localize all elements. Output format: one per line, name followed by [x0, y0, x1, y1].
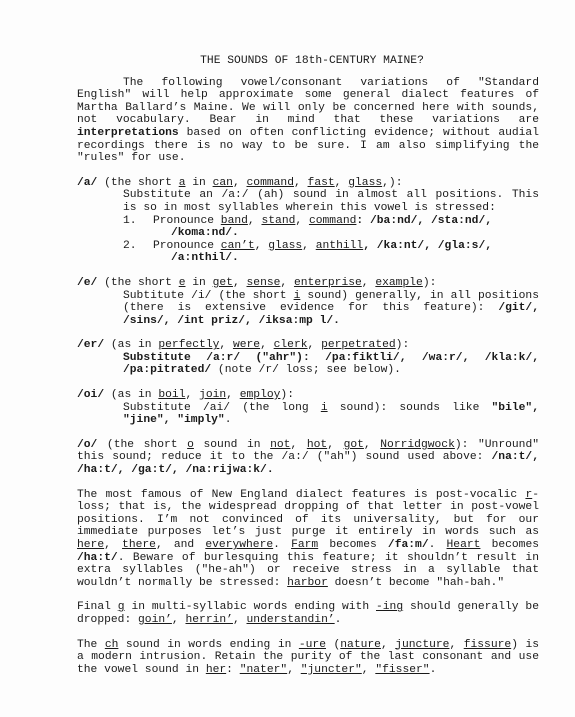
text: (the short [97, 277, 178, 289]
text: (as in [104, 339, 158, 351]
section-er-body: Substitute /a:r/ ("ahr"): /pa:fiktli/, /… [77, 352, 539, 377]
text: (the short [97, 177, 178, 189]
section-oi-heading: /oi/ (as in boil, join, employ): [77, 389, 539, 402]
section-e-body: Subtitute /i/ (the short i sound) genera… [77, 290, 539, 328]
page-title: THE SOUNDS OF 18th-CENTURY MAINE? [77, 55, 539, 68]
text: . [429, 539, 447, 551]
text: . [273, 539, 291, 551]
transcription: /ha:t/ [77, 552, 118, 564]
example-word: stand [261, 215, 295, 227]
example-word: fissure [464, 639, 511, 651]
list-text: Pronounce can’t, glass, anthill, /ka:nt/… [153, 240, 539, 253]
text: sound in words ending in [118, 639, 298, 651]
section-oi-body: Substitute /ai/ (the long i sound): soun… [77, 402, 539, 427]
text: Final [77, 601, 118, 613]
text: in multi-syllabic words ending with [125, 601, 376, 613]
example-word: goin’ [138, 614, 172, 626]
intro-paragraph: The following vowel/consonant variations… [77, 77, 539, 165]
example-word: band [221, 215, 248, 227]
example-word: there [122, 539, 156, 551]
document-page: THE SOUNDS OF 18th-CENTURY MAINE? The fo… [77, 55, 539, 688]
text: ( [326, 639, 340, 651]
list-number: 1. [123, 215, 153, 228]
section-a: /a/ (the short a in can, command, fast, … [77, 177, 539, 265]
example-word: were [233, 339, 260, 351]
example-word: understandin’ [247, 614, 335, 626]
example-word: hot [307, 439, 327, 451]
example-word: Norridgwock [380, 439, 455, 451]
phoneme-label: /e/ [77, 277, 97, 289]
text: ,): [382, 177, 402, 189]
text: , and [156, 539, 205, 551]
rloss-paragraph: The most famous of New England dialect f… [77, 489, 539, 590]
section-er-heading: /er/ (as in perfectly, were, clerk, perp… [77, 339, 539, 352]
letter: i [321, 402, 328, 414]
result-word: "fisser" [375, 664, 429, 676]
transcription: : /ba:nd/, /sta:nd/, [356, 215, 492, 227]
example-word: get [213, 277, 233, 289]
text: Pronounce [153, 215, 221, 227]
text: . [430, 664, 437, 676]
list-item: 1.Pronounce band, stand, command: /ba:nd… [77, 215, 539, 228]
section-e: /e/ (the short e in get, sense, enterpri… [77, 277, 539, 327]
text: in [185, 177, 212, 189]
text: (as in [104, 389, 158, 401]
text: becomes [318, 539, 388, 551]
transcription: , /ka:nt/, /gla:s/, [363, 240, 492, 252]
example-word: here [77, 539, 104, 551]
example-word: command [309, 215, 356, 227]
text: The [77, 639, 105, 651]
text: Pronounce [153, 240, 221, 252]
text: Substitute /ai/ (the long [123, 402, 321, 414]
text: in [185, 277, 212, 289]
list-continuation: /a:nthil/. [77, 252, 539, 265]
section-o-text: /o/ (the short o sound in not, hot, got,… [77, 439, 539, 477]
transcription: /a:nthil/. [171, 252, 239, 264]
list-continuation: /koma:nd/. [77, 227, 539, 240]
list-item: 2.Pronounce can’t, glass, anthill, /ka:n… [77, 240, 539, 253]
text: , [104, 539, 122, 551]
section-er: /er/ (as in perfectly, were, clerk, perp… [77, 339, 539, 377]
example-word: got [344, 439, 364, 451]
text: ): [396, 339, 410, 351]
example-word: example [375, 277, 422, 289]
section-oi: /oi/ (as in boil, join, employ): Substit… [77, 389, 539, 427]
text: sound): sounds like [328, 402, 492, 414]
intro-text: The following vowel/consonant variations… [77, 77, 539, 127]
section-e-heading: /e/ (the short e in get, sense, enterpri… [77, 277, 539, 290]
list-number: 2. [123, 240, 153, 253]
text: The most famous of New England dialect f… [77, 489, 525, 501]
letter: o [187, 439, 194, 451]
example-word: clerk [274, 339, 308, 351]
result-word: "juncter" [301, 664, 362, 676]
intro-bold-term: interpretations [77, 127, 179, 139]
text: ): [280, 389, 294, 401]
phoneme-label: /er/ [77, 339, 104, 351]
example-word: sense [247, 277, 281, 289]
text: (note /r/ loss; see below). [211, 364, 401, 376]
text: doesn’t become "hah-bah." [328, 577, 504, 589]
text: . [225, 414, 232, 426]
example-word: Farm [291, 539, 318, 551]
example-word: juncture [395, 639, 449, 651]
text: becomes [480, 539, 539, 551]
example-word: fast [308, 177, 335, 189]
ure-paragraph: The ch sound in words ending in -ure (na… [77, 639, 539, 677]
example-word: boil [158, 389, 185, 401]
example-word: glass [268, 240, 302, 252]
example-word: join [199, 389, 226, 401]
text: . [335, 614, 342, 626]
letter: ch [105, 639, 119, 651]
example-word: glass [348, 177, 382, 189]
transcription: /koma:nd/. [171, 227, 239, 239]
result-word: "nater" [240, 664, 287, 676]
text: (the short [97, 439, 187, 451]
example-word: enterprise [294, 277, 362, 289]
example-word: command [247, 177, 294, 189]
phoneme-label: /a/ [77, 177, 97, 189]
example-word: harbor [287, 577, 328, 589]
example-word: Heart [447, 539, 481, 551]
example-word: can’t [221, 240, 255, 252]
text: sound in [194, 439, 270, 451]
suffix: -ure [299, 639, 326, 651]
transcription: /fa:m/ [388, 539, 429, 551]
phoneme-label: /o/ [77, 439, 97, 451]
text: : [226, 664, 240, 676]
phoneme-label: /oi/ [77, 389, 104, 401]
section-a-heading: /a/ (the short a in can, command, fast, … [77, 177, 539, 190]
example-word: anthill [316, 240, 363, 252]
example-word: everywhere [205, 539, 273, 551]
example-word: can [213, 177, 233, 189]
section-o: /o/ (the short o sound in not, hot, got,… [77, 439, 539, 477]
example-word: her [206, 664, 226, 676]
text: Subtitute /i/ (the short [123, 290, 294, 302]
text: ): [423, 277, 437, 289]
ing-paragraph: Final g in multi-syllabic words ending w… [77, 601, 539, 626]
letter: g [118, 601, 125, 613]
list-text: Pronounce band, stand, command: /ba:nd/,… [153, 215, 539, 228]
suffix: -ing [376, 601, 403, 613]
example-word: herrin’ [185, 614, 232, 626]
example-word: perfectly [158, 339, 219, 351]
example-word: nature [340, 639, 381, 651]
example-word: employ [240, 389, 281, 401]
example-word: not [270, 439, 290, 451]
example-word: perpetrated [321, 339, 396, 351]
section-a-body: Substitute an /a:/ (ah) sound in almost … [77, 189, 539, 214]
